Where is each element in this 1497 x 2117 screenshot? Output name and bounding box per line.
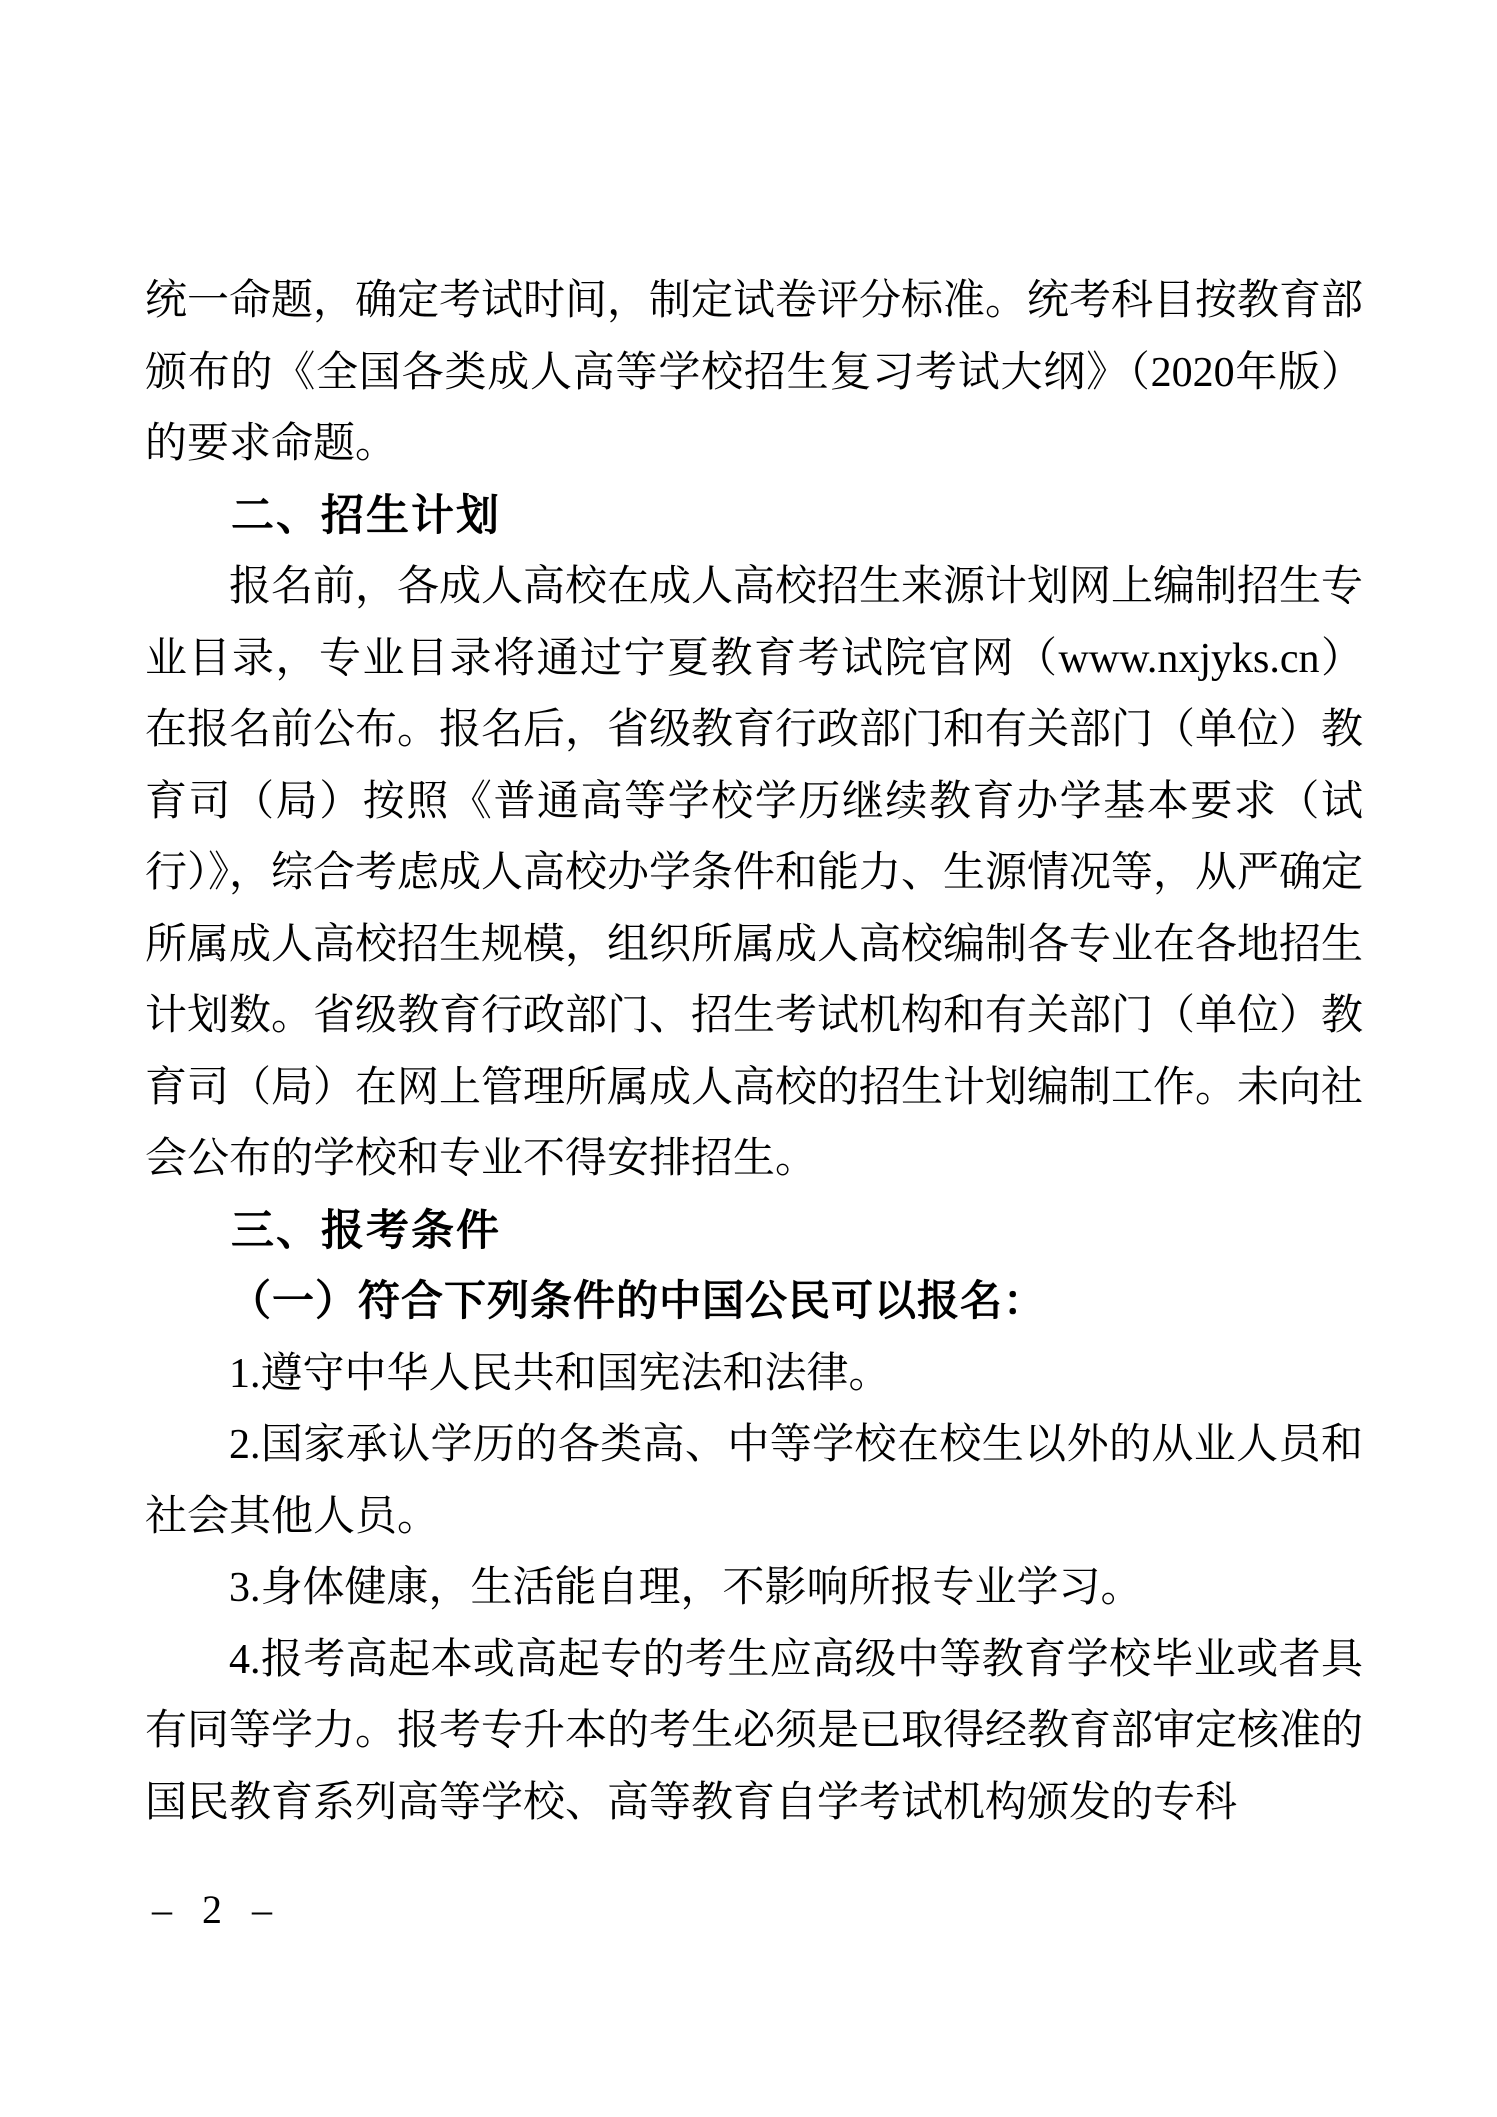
section-heading-application-requirements: 三、报考条件: [145, 1196, 1363, 1268]
section-heading-enrollment-plan: 二、招生计划: [145, 481, 1363, 553]
paragraph-enrollment-plan: 报名前，各成人高校在成人高校招生来源计划网上编制招生专业目录，专业目录将通过宁夏…: [145, 552, 1363, 1196]
list-item-2: 2.国家承认学历的各类高、中等学校在校生以外的从业人员和社会其他人员。: [145, 1410, 1363, 1553]
document-body: 统一命题，确定考试时间，制定试卷评分标准。统考科目按教育部颁布的《全国各类成人高…: [145, 266, 1363, 1839]
list-item-4: 4.报考高起本或高起专的考生应高级中等教育学校毕业或者具有同等学力。报考专升本的…: [145, 1625, 1363, 1840]
subsection-heading-eligible-citizens: （一）符合下列条件的中国公民可以报名：: [145, 1267, 1363, 1339]
paragraph-continuation: 统一命题，确定考试时间，制定试卷评分标准。统考科目按教育部颁布的《全国各类成人高…: [145, 266, 1363, 481]
document-page: 统一命题，确定考试时间，制定试卷评分标准。统考科目按教育部颁布的《全国各类成人高…: [0, 0, 1497, 2117]
list-item-3: 3.身体健康，生活能自理，不影响所报专业学习。: [145, 1553, 1363, 1625]
list-item-1: 1.遵守中华人民共和国宪法和法律。: [145, 1339, 1363, 1411]
page-number: – 2 –: [152, 1886, 282, 1933]
